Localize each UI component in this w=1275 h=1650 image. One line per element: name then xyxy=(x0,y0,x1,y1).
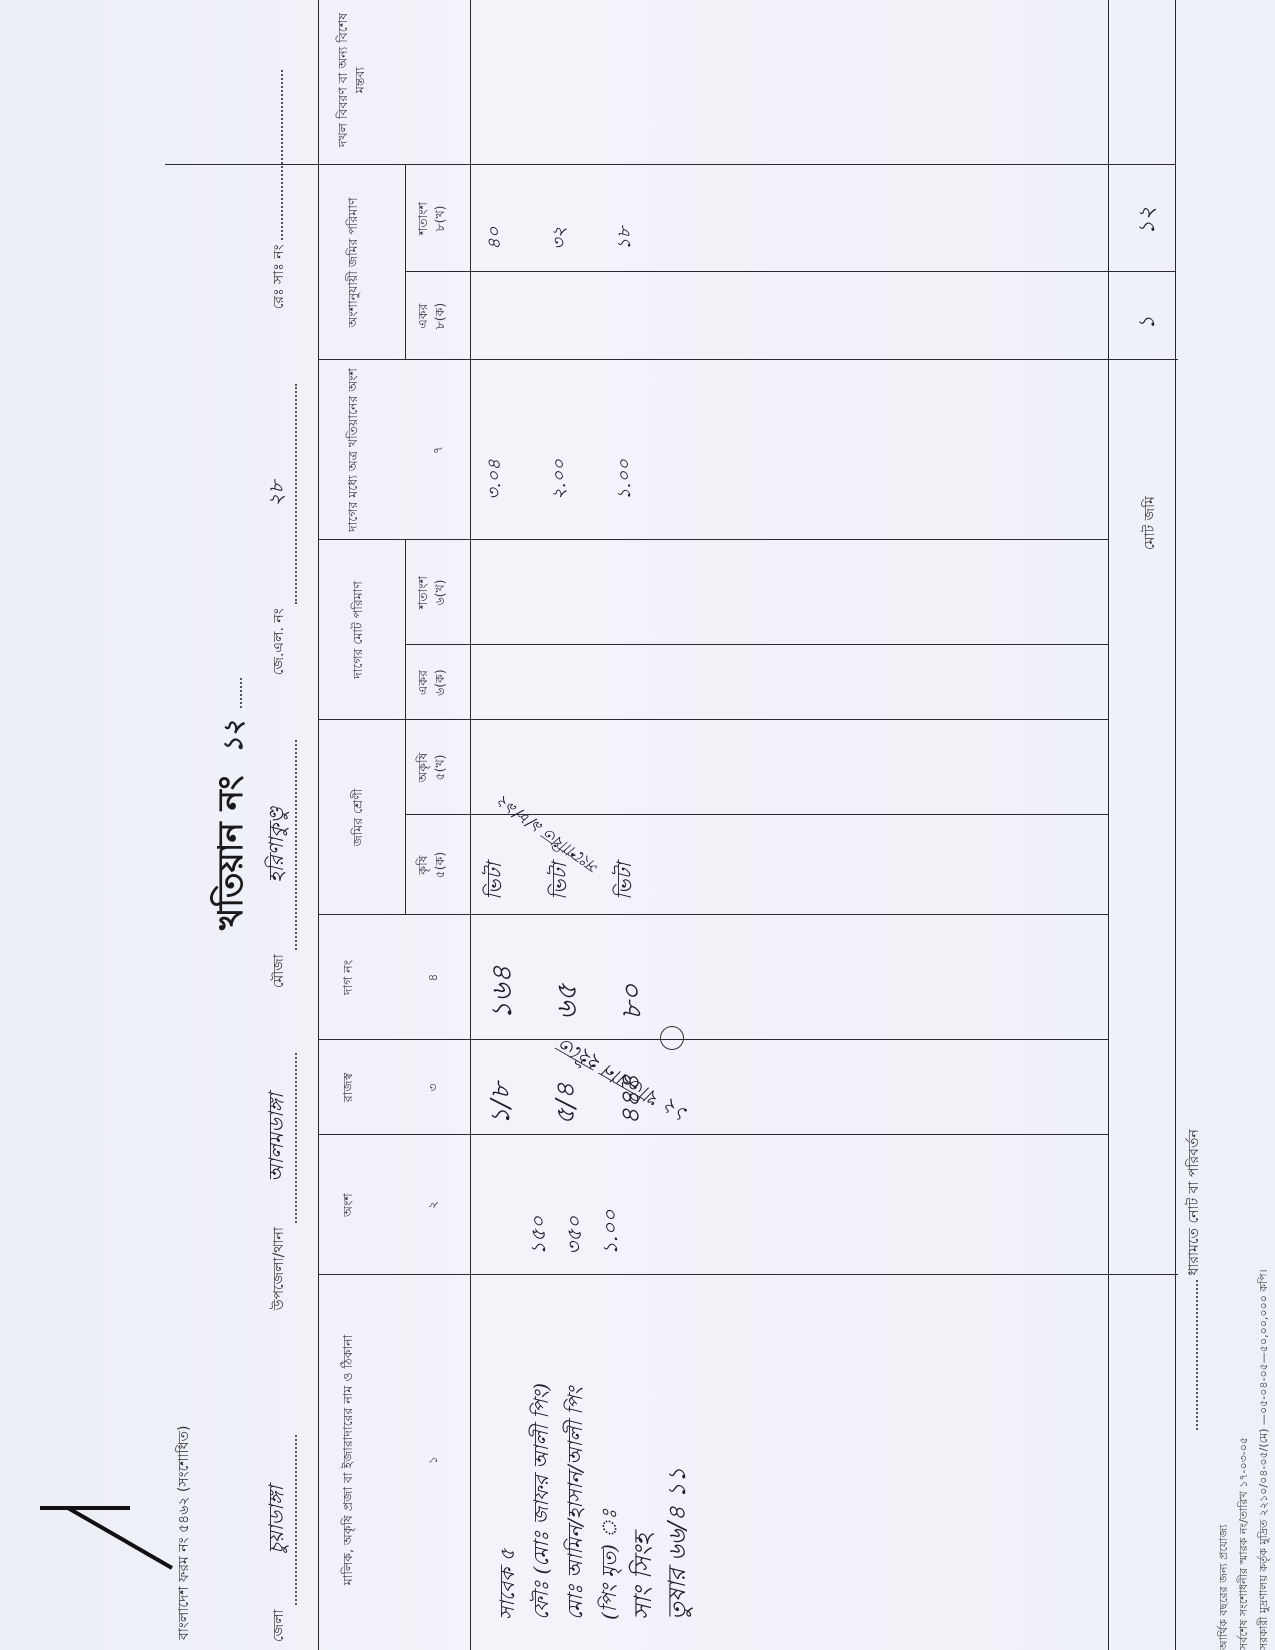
decimal-value: ৪০ xyxy=(480,227,511,250)
header-bottom-border xyxy=(470,0,471,1650)
upazila-label: উপজেলা/থানা xyxy=(271,1227,287,1310)
share-entries: ১৫০ ৩৫০ ১.০০ xyxy=(520,1210,628,1255)
district-label: জেলা xyxy=(271,1609,287,1642)
table-bottom-border xyxy=(1108,0,1109,1650)
decimal-value: ১৮ xyxy=(610,227,641,250)
owner-line: তুষার ৬৬/৪ ১১ xyxy=(660,1280,694,1620)
footer-line-2: সর্বশেষ সংশোধনীর স্মারক নং/তারিখ ১৭-০৩-০… xyxy=(1235,1437,1254,1650)
corner-slash-mark xyxy=(40,1430,150,1570)
circle-mark-icon xyxy=(660,1026,684,1050)
subheader-divider xyxy=(405,540,406,915)
khatian-form-sheet: বাংলাদেশ ফরম নং ৫৪৬২ (সংশোধিত) খতিয়ান ন… xyxy=(0,0,1275,1650)
col-divider xyxy=(165,164,1175,165)
header-land-class: জমির শ্রেণী xyxy=(350,720,367,915)
owner-entries: সাবেক ৫ ফৌঃ (মোঃ জাফর আলী পিং) মোঃ আমিন/… xyxy=(490,1280,694,1620)
form-number-label: বাংলাদেশ ফরম নং ৫৪৬২ (সংশোধিত) xyxy=(172,1426,196,1640)
owner-line: সাবেক ৫ xyxy=(490,1280,524,1620)
header-owner-no: ১ xyxy=(425,1280,442,1640)
header-dag-no: ৪ xyxy=(425,915,442,1040)
header-share-land: অংশানুযায়ী জমির পরিমাণ xyxy=(345,165,362,360)
mouza-label: মৌজা xyxy=(271,954,287,988)
header-acre2: একর৮(ক) xyxy=(415,272,449,360)
jl-value: ২৮ xyxy=(262,384,297,604)
mouza-value: হরিণাকুণ্ডু xyxy=(262,740,297,950)
total-acre: ১ xyxy=(1130,316,1167,330)
col-divider xyxy=(405,644,1108,645)
header-owner: মালিক, অকৃষি প্রজা বা ইজারাদারের নাম ও ঠ… xyxy=(340,1280,357,1640)
subheader-divider xyxy=(405,165,406,360)
header-dag-share-no: ৭ xyxy=(430,365,447,535)
rs-label: রেঃ সাঃ নং xyxy=(271,244,287,309)
header-remarks: দখল বিবরণ বা অন্য বিশেষ মন্তব্য xyxy=(335,0,369,160)
header-revenue: রাজস্ব xyxy=(340,1040,357,1135)
header-decimal2: শতাংশ৮(খ) xyxy=(415,165,449,272)
title-text: খতিয়ান নং xyxy=(211,775,251,930)
header-decimal: শতাংশ৬(খ) xyxy=(415,540,449,645)
header-dag: দাগ নং xyxy=(340,915,357,1040)
owner-line: (পিং মৃত) ঃ xyxy=(592,1280,626,1620)
jl-label: জে.এল. নং xyxy=(271,608,287,675)
decimal-value: ৩২ xyxy=(545,227,576,250)
col-divider xyxy=(405,271,1175,272)
dag-share-value: ১.০০ xyxy=(610,459,641,500)
dag-number: ৬৫ xyxy=(545,984,592,1020)
owner-line: ফৌঃ (মোঃ জাফর আলী পিং) xyxy=(524,1280,558,1620)
owner-line: সাং সিংহ xyxy=(626,1280,660,1620)
footer-line-3: সরকারী মুদ্রণালয় কর্তৃক মুদ্রিত ২২১০/০৪… xyxy=(1255,1269,1274,1650)
col-divider xyxy=(318,1274,1178,1275)
district-value: চুয়াডাঙ্গা xyxy=(262,1435,297,1605)
footer-line-1: আর্থিক বছরের জন্য প্রযোজ্য xyxy=(1215,1525,1234,1650)
dag-share-value: ৩.০৪ xyxy=(480,459,511,500)
rs-value xyxy=(281,70,283,240)
khatian-number: ১২ xyxy=(219,720,249,754)
header-dag-total: দাগের মোট পরিমাণ xyxy=(350,540,367,720)
table-top-border xyxy=(318,0,319,1650)
owner-line: মোঃ আমিন/হাসান/আলী পিং xyxy=(558,1280,592,1620)
header-acre: একর৬(ক) xyxy=(415,645,449,720)
total-decimal: ১২ xyxy=(1130,206,1167,235)
upazila-value: আলমডাঙ্গা xyxy=(262,1053,297,1223)
header-share: অংশ xyxy=(340,1140,357,1270)
dag-share-value: ২.০০ xyxy=(545,459,576,500)
land-class-value: ভিটা xyxy=(610,863,643,900)
revenue-value: ৫/৪ xyxy=(545,1082,589,1125)
header-dag-share: দাগের মধ্যে অত্র খতিয়ানের অংশ xyxy=(345,365,362,535)
land-class-value: ভিটা xyxy=(480,863,513,900)
header-nonagri: অকৃষি৫(খ) xyxy=(415,720,449,815)
revenue-value: ১/৮ xyxy=(480,1082,524,1125)
footer-note: ধারামতে নোট বা পরিবর্তন xyxy=(1182,1129,1206,1430)
page-title: খতিয়ান নং ১২ xyxy=(205,678,262,930)
total-label: মোট জমি xyxy=(1138,496,1162,550)
dag-number: ৮০ xyxy=(610,984,657,1020)
share-value: ১৫০ xyxy=(520,1210,556,1255)
dag-number: ১৬৪ xyxy=(480,965,527,1020)
header-revenue-no: ৩ xyxy=(425,1040,442,1135)
total-row-border xyxy=(1175,0,1176,1650)
header-agri: কৃষি৫(ক) xyxy=(415,815,449,915)
share-value: ৩৫০ xyxy=(556,1210,592,1255)
header-share-no: ২ xyxy=(425,1140,442,1270)
share-value: ১.০০ xyxy=(592,1210,628,1255)
location-line: জেলা চুয়াডাঙ্গা উপজেলা/থানা আলমডাঙ্গা ম… xyxy=(262,70,297,1642)
